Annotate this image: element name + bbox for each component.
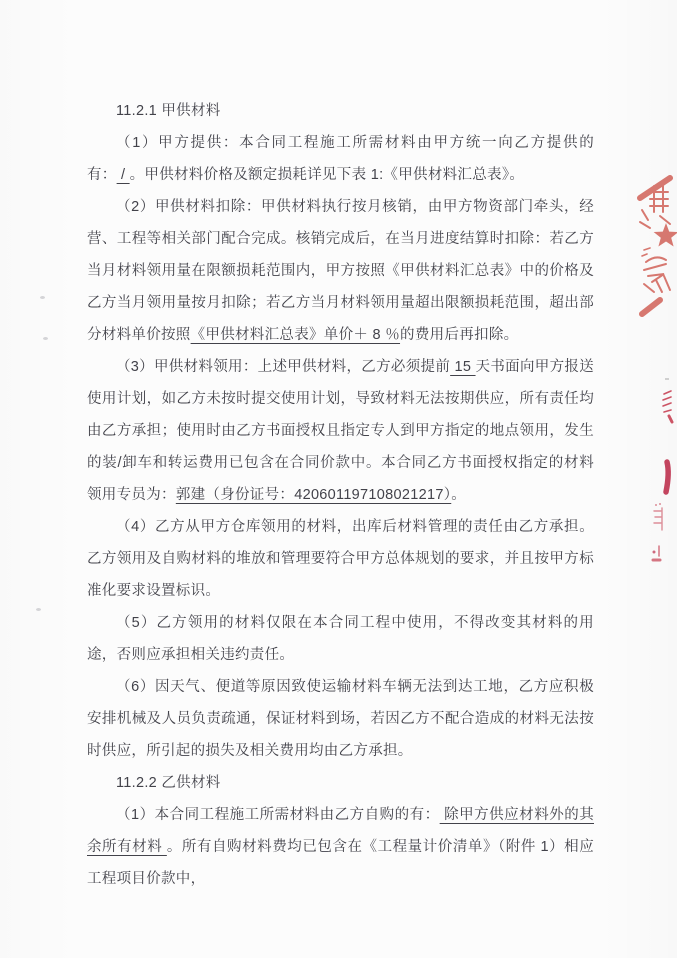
section-heading-11-2-2: 11.2.2 乙供材料 <box>87 767 594 799</box>
heading-text: 11.2.1 甲供材料 <box>116 103 221 119</box>
red-ink-fragments-icon <box>645 370 677 575</box>
clause-3-material-requisition: （3）甲供材料领用：上述甲供材料，乙方必须提前 15 天书面向甲方报送使用计划，… <box>87 351 594 511</box>
official-red-seal-icon <box>630 172 677 327</box>
clause-text: 。甲供材料价格及额定损耗详见下表 1:《甲供材料汇总表》。 <box>130 167 525 183</box>
scan-speck <box>40 296 45 299</box>
clause-text: （5）乙方领用的材料仅限在本合同工程中使用，不得改变其材料的用途，否则应承担相关… <box>87 615 594 663</box>
underlined-summary-table-ref: 《甲供材料汇总表》单价＋ 8 ％ <box>191 327 400 343</box>
scanned-contract-page: 11.2.1 甲供材料 （1）甲方提供：本合同工程施工所需材料由甲方统一向乙方提… <box>0 0 677 958</box>
clause-text: （3）甲供材料领用：上述甲供材料，乙方必须提前 <box>116 359 450 375</box>
clause-5-material-usage-limit: （5）乙方领用的材料仅限在本合同工程中使用，不得改变其材料的用途，否则应承担相关… <box>87 607 594 671</box>
clause-2-material-deduction: （2）甲供材料扣除：甲供材料执行按月核销，由甲方物资部门牵头，经营、工程等相关部… <box>87 191 594 351</box>
clause-6-transport-obstruction: （6）因天气、便道等原因致使运输材料车辆无法到达工地，乙方应积极安排机械及人员负… <box>87 671 594 767</box>
contract-text-block: 11.2.1 甲供材料 （1）甲方提供：本合同工程施工所需材料由甲方统一向乙方提… <box>87 95 594 895</box>
clause-text: （2）甲供材料扣除：甲供材料执行按月核销，由甲方物资部门牵头，经营、工程等相关部… <box>87 199 594 343</box>
clause-1-party-b-supply: （1）本合同工程施工所需材料由乙方自购的有： 除甲方供应材料外的其余所有材料 。… <box>87 799 594 895</box>
section-heading-11-2-1: 11.2.1 甲供材料 <box>87 95 594 127</box>
clause-text: （1）本合同工程施工所需材料由乙方自购的有： <box>116 807 440 823</box>
scan-speck <box>43 337 48 340</box>
clause-text: 。 <box>451 487 466 503</box>
clause-text: 天书面向甲方报送使用计划，如乙方未按时提交使用计划，导致材料无法按期供应，所有责… <box>87 359 594 503</box>
filled-blank-days: 15 <box>450 359 475 375</box>
clause-text: （6）因天气、便道等原因致使运输材料车辆无法到达工地，乙方应积极安排机械及人员负… <box>87 679 594 759</box>
clause-4-warehouse-materials: （4）乙方从甲方仓库领用的材料，出库后材料管理的责任由乙方承担。乙方领用及自购材… <box>87 511 594 607</box>
scan-speck <box>36 608 41 611</box>
clause-text: （4）乙方从甲方仓库领用的材料，出库后材料管理的责任由乙方承担。乙方领用及自购材… <box>87 519 594 599</box>
clause-text: 的费用后再扣除。 <box>400 327 518 343</box>
clause-1-party-a-supply: （1）甲方提供：本合同工程施工所需材料由甲方统一向乙方提供的有： / 。甲供材料… <box>87 127 594 191</box>
filled-blank-slash: / <box>117 167 130 183</box>
filled-blank-person-id: 郭建（身份证号：420601197108021217） <box>176 487 451 503</box>
heading-text: 11.2.2 乙供材料 <box>116 775 221 791</box>
